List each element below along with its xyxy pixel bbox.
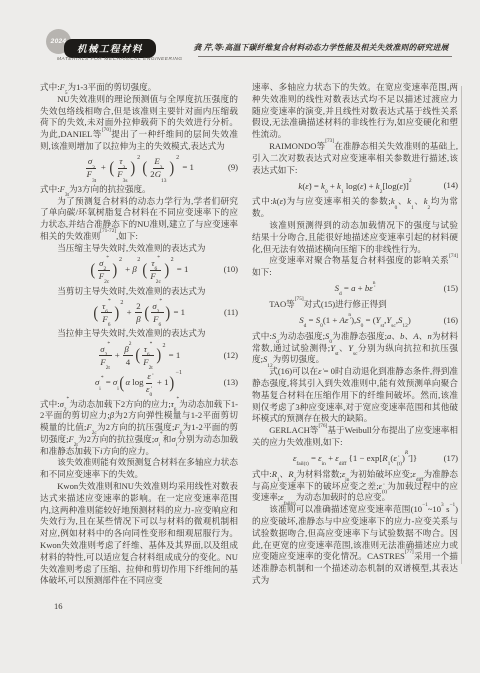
journal-logo-subtitle: MATERIALS FOR MECHANICAL ENGINEERING (57, 57, 183, 62)
paragraph: 速率、多轴应力状态下的失效。在宽应变速率范围,两种失效准则的线性对数表达式均不足… (252, 82, 458, 141)
journal-page: 2024 机械工程材料 MATERIALS FOR MECHANICAL ENG… (0, 0, 480, 673)
paragraph: RAIMONDO等[73]在准静态相关失效准则的基础上,引入二次对数表达式对应变… (252, 141, 458, 176)
paragraph: Kwon失效准则和NU失效准则均采用线性对数表达式来描述应变速率的影响。在一定应… (40, 481, 238, 587)
equation: (σ2*F2c)2 + β2(τ6*F2c)2 = 1 (90, 258, 189, 282)
right-column: 速率、多轴应力状态下的失效。在宽应变速率范围,两种失效准则的线性对数表达式均不足… (252, 82, 458, 587)
equation-row: σ3F3t + (τ3F3s)2(E32G13)2 = 1(9) (40, 156, 238, 180)
equation-row: (σ2*F2c)2 + β2(τ6*F2c)2 = 1(10) (40, 258, 238, 282)
equation: σi* = σi(α logε̇ε̇0 + 1)−1 (95, 371, 183, 395)
equation-number: (14) (444, 180, 458, 192)
journal-logo: 机械工程材料 (64, 39, 156, 58)
paragraph: 式中:Sd为动态强度;S0为准静态强度;a、b、A、n为材料常数,通过试验测得;… (252, 331, 458, 366)
equation-row: k(ε̇) = k0 + k1 log(ε̇) + k2[log(ε̇)]2(1… (252, 180, 458, 193)
equation: Sd = S0(1 + Aε̇n),S0 = (Yst,Ysc,S12) (299, 316, 411, 326)
equation: (τ6*F6)2 + 2β(σ2*F6) = 1 (93, 301, 185, 325)
right-edge-rule (461, 86, 462, 564)
journal-logo-title: 机械工程材料 (77, 45, 143, 55)
equation: εfail(t) = εin + εdiff {1 − exp[R1(ε̇(t)… (293, 454, 417, 464)
paragraph: 当剪切主导失效时,失效准则的表达式为 (40, 286, 238, 298)
paragraph: 当压缩主导失效时,失效准则的表达式为 (40, 243, 238, 255)
equation-row: σ2*F2t + β24(τ6*F2t)2 = 1(12) (40, 344, 238, 368)
equation-row: εfail(t) = εin + εdiff {1 − exp[R1(ε̇(t)… (252, 452, 458, 465)
paragraph: 式中:R1、R2为材料常数;εin为初始破坏应变;εdiff为准静态与高应变速率… (252, 469, 458, 504)
paragraph: 式中:F5为1-3平面的剪切强度。 (40, 82, 238, 94)
equation-row: Sd = a + bε̇n(15) (252, 282, 458, 295)
equation: σ2*F2t + β24(τ6*F2t)2 = 1 (98, 344, 180, 368)
paragraph: 该失效准则能有效预测复合材料在多轴应力状态和不同应变速率下的失效。 (40, 457, 238, 481)
equation-row: (τ6*F6)2 + 2β(σ2*F6) = 1(11) (40, 301, 238, 325)
equation-number: (10) (224, 264, 238, 276)
running-title: 龚 芹,等:高温下碳纤维复合材料动态力学性能及相关失效准则的研究进展 (190, 42, 452, 53)
equation-number: (15) (444, 283, 458, 295)
paragraph: NU失效准则的理论预测值与全厚度抗压强度的失效包络线相吻合,但是该准则主要针对面… (40, 94, 238, 153)
equation: Sd = a + bε̇n (335, 284, 376, 294)
equation-row: Sd = S0(1 + Aε̇n),S0 = (Yst,Ysc,S12)(16) (252, 314, 458, 327)
equation-number: (9) (228, 162, 238, 174)
paragraph: TAO等[75]对式(15)进行修正得到 (252, 299, 458, 311)
paragraph: 式(16)可以在ε̇ = 0时自动退化到准静态条件,得到准静态强度,将其引入到失… (252, 366, 458, 425)
equation-number: (11) (224, 307, 238, 319)
equation: σ3F3t + (τ3F3s)2(E32G13)2 = 1 (84, 156, 194, 180)
page-header: 2024 机械工程材料 MATERIALS FOR MECHANICAL ENG… (0, 0, 480, 70)
equation-row: σi* = σi(α logε̇ε̇0 + 1)−1(13) (40, 371, 238, 395)
page-number: 16 (54, 601, 63, 611)
paragraph: 式中:k(ε̇)为与应变速率相关的参数;k0、k1、k2均为常数。 (252, 196, 458, 220)
paragraph: 当拉伸主导失效时,失效准则的表达式为 (40, 328, 238, 340)
paragraph: 式中:σ2*为动态加载下2方向的应力;τ6*为动态加载下1-2平面的剪切应力;β… (40, 399, 238, 458)
paragraph: 该准则预测得到的动态加载情况下的强度与试验结果十分吻合,且能很好地描述应变速率引… (252, 220, 458, 255)
paragraph: 应变速率对聚合物基复合材料强度的影响关系[74]如下: (252, 255, 458, 279)
paragraph: GERLACH等[76]基于Weibull分布提出了应变速率相关的应力失效准则,… (252, 425, 458, 449)
paragraph: 该准则可以准确描述宽应变速率范围(10−1~103 s−1)的应变破坏,准静态与… (252, 504, 458, 587)
equation-number: (17) (444, 453, 458, 465)
equation-number: (16) (444, 315, 458, 327)
paragraph: 式中:F3t为3方向的抗拉强度。 (40, 184, 238, 196)
equation-number: (12) (224, 350, 238, 362)
equation: k(ε̇) = k0 + k1 log(ε̇) + k2[log(ε̇)]2 (298, 182, 411, 192)
equation-number: (13) (224, 377, 238, 389)
left-column: 式中:F5为1-3平面的剪切强度。NU失效准则的理论预测值与全厚度抗压强度的失效… (40, 82, 238, 587)
paragraph: 为了预测复合材料的动态力学行为,学者们研究了单向碳/环氧树脂复合材料在不同应变速… (40, 196, 238, 243)
header-rule (198, 56, 452, 57)
